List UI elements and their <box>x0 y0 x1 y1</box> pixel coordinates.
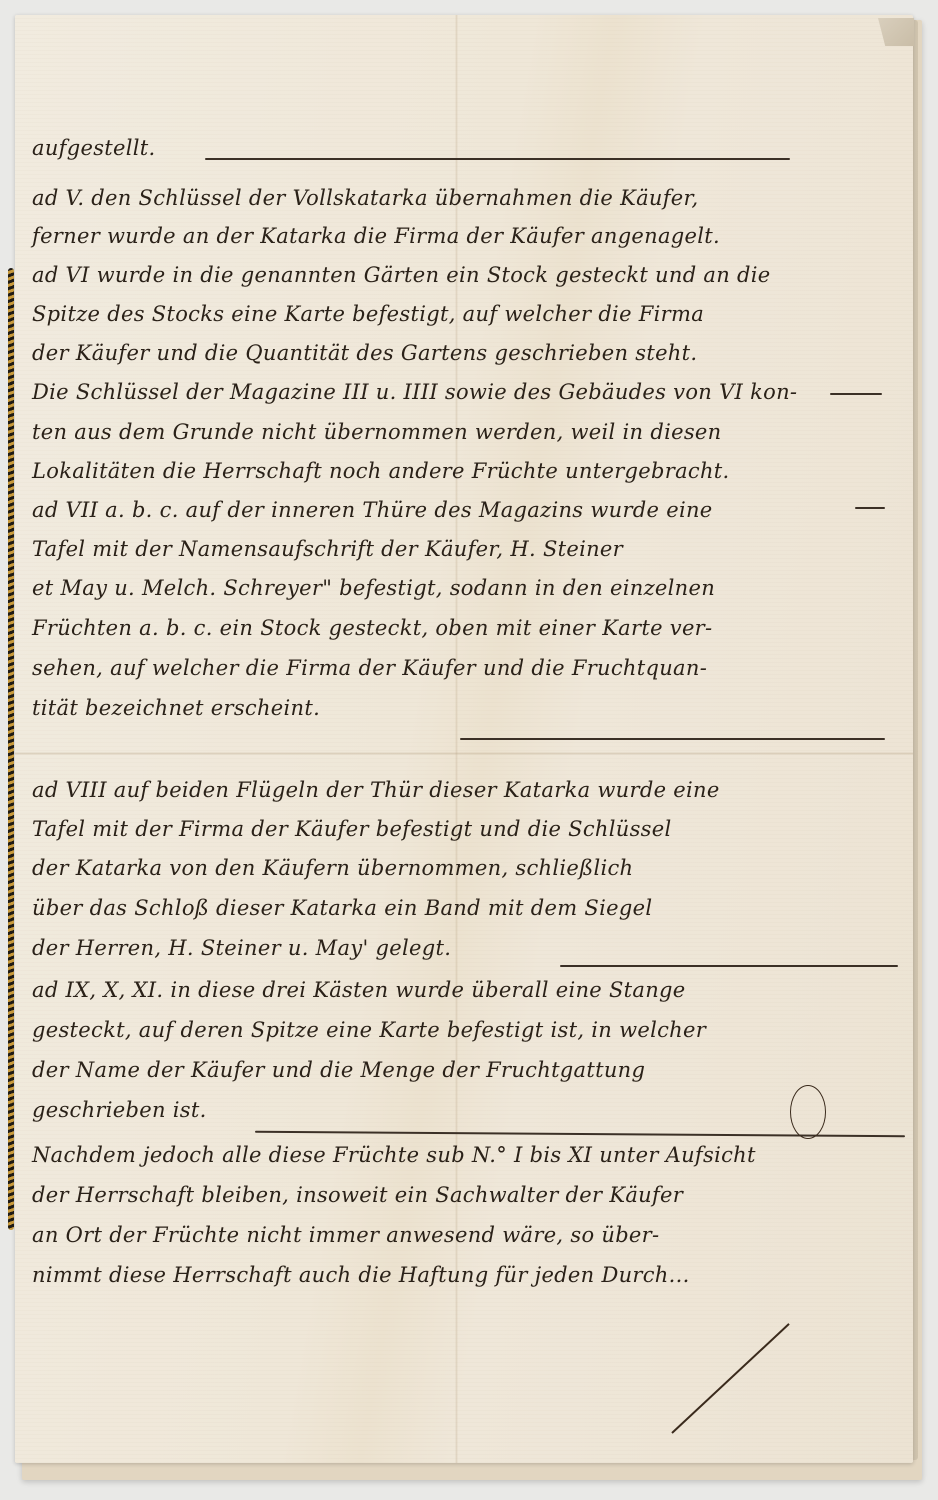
text-line: ad IX, X, XI. in diese drei Kästen wurde… <box>32 978 686 1002</box>
text-line: ad VIII auf beiden Flügeln der Thür dies… <box>32 778 720 802</box>
binding-cord <box>8 268 14 1230</box>
line-filler-rule <box>855 507 885 509</box>
text-line: über das Schloß dieser Katarka ein Band … <box>32 896 652 920</box>
text-line: nimmt diese Herrschaft auch die Haftung … <box>32 1263 690 1287</box>
text-line: der Herren, H. Steiner u. May' gelegt. <box>32 936 451 960</box>
text-line: Nachdem jedoch alle diese Früchte sub N.… <box>32 1143 756 1167</box>
text-line: Tafel mit der Firma der Käufer befestigt… <box>32 817 671 841</box>
text-line: Die Schlüssel der Magazine III u. IIII s… <box>32 380 797 404</box>
end-of-section-rule <box>205 158 790 160</box>
flourish-loop <box>790 1085 826 1139</box>
text-line: Tafel mit der Namensaufschrift der Käufe… <box>32 537 623 561</box>
horizontal-fold-crease <box>15 752 913 755</box>
text-line: Lokalitäten die Herrschaft noch andere F… <box>32 459 730 483</box>
text-line: ferner wurde an der Katarka die Firma de… <box>32 224 720 248</box>
text-line: der Käufer und die Quantität des Gartens… <box>32 341 697 365</box>
end-of-section-rule <box>460 738 885 740</box>
text-line: an Ort der Früchte nicht immer anwesend … <box>32 1223 659 1247</box>
text-line: ad VI wurde in die genannten Gärten ein … <box>32 263 771 287</box>
text-line: der Name der Käufer und die Menge der Fr… <box>32 1058 645 1082</box>
text-line: et May u. Melch. Schreyer" befestigt, so… <box>32 576 715 600</box>
line-filler-rule <box>830 393 882 395</box>
text-line: ad V. den Schlüssel der Vollskatarka übe… <box>32 186 699 210</box>
text-line: ten aus dem Grunde nicht übernommen werd… <box>32 420 721 444</box>
text-line: gesteckt, auf deren Spitze eine Karte be… <box>32 1018 706 1042</box>
text-line: Früchten a. b. c. ein Stock gesteckt, ob… <box>32 616 712 640</box>
text-line: der Herrschaft bleiben, insoweit ein Sac… <box>32 1183 683 1207</box>
text-line: der Katarka von den Käufern übernommen, … <box>32 856 633 880</box>
text-line: aufgestellt. <box>32 136 155 160</box>
text-line: sehen, auf welcher die Firma der Käufer … <box>32 656 707 680</box>
text-line: Spitze des Stocks eine Karte befestigt, … <box>32 302 704 326</box>
end-of-section-rule <box>560 965 898 967</box>
text-line: tität bezeichnet erscheint. <box>32 696 320 720</box>
text-line: ad VII a. b. c. auf der inneren Thüre de… <box>32 498 713 522</box>
text-line: geschrieben ist. <box>32 1098 207 1122</box>
